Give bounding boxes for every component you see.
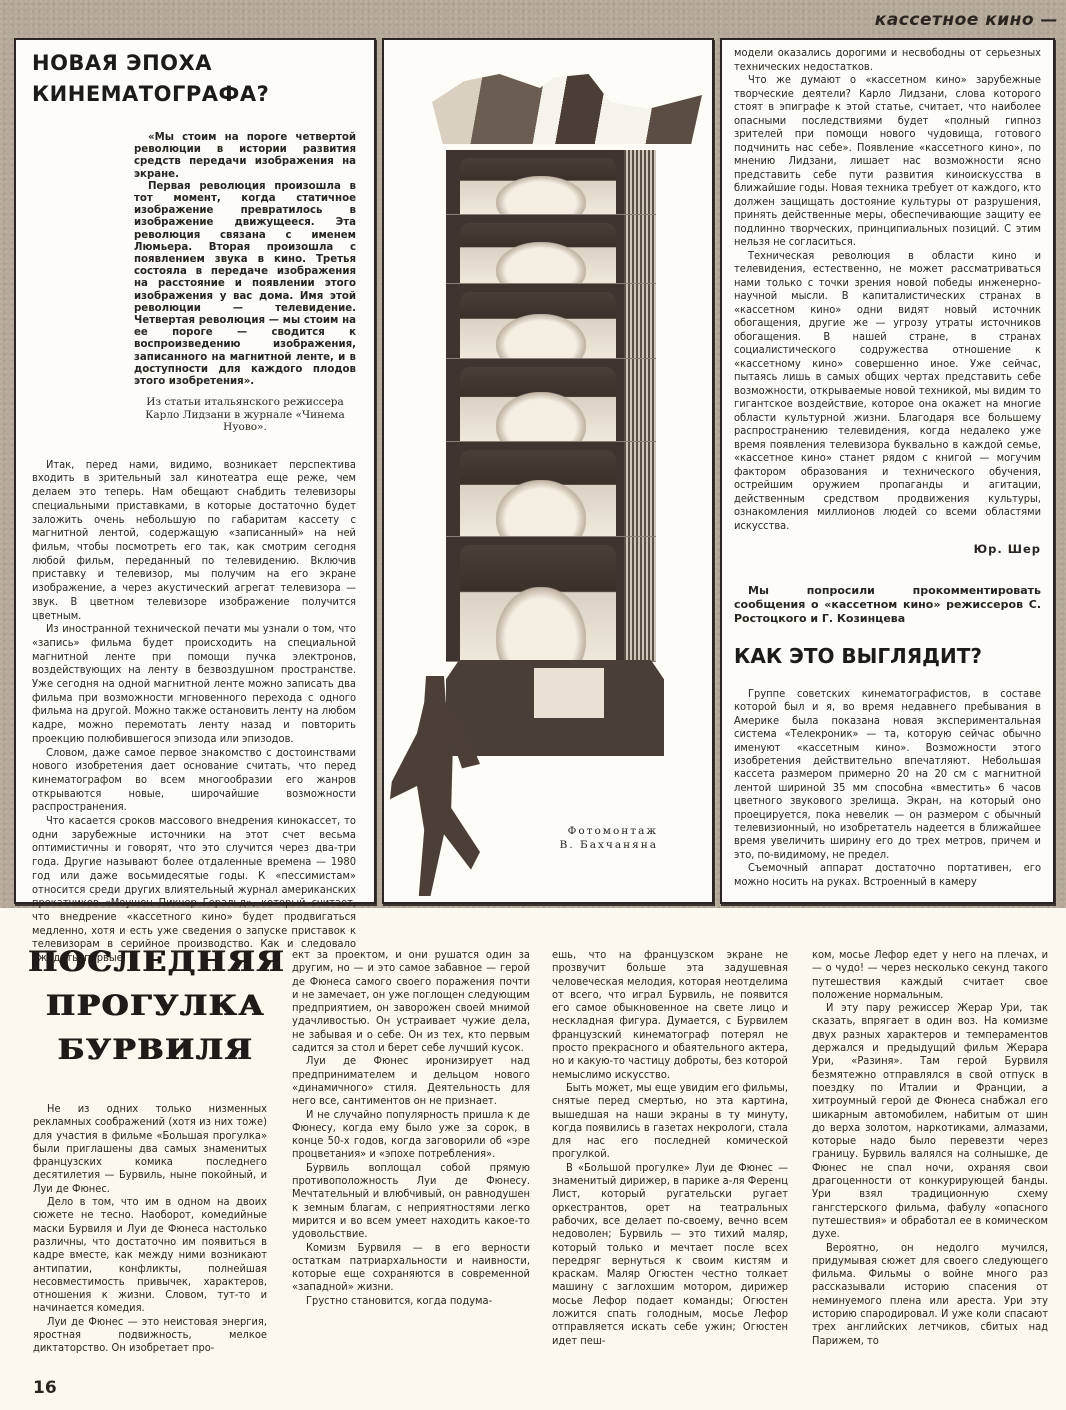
article1-title: НОВАЯ ЭПОХА КИНЕМАТОГРАФА?: [32, 48, 356, 110]
article3-column1: Не из одних только низменных рекламных с…: [33, 1102, 267, 1355]
tv-stack-1: [446, 150, 656, 215]
paragraph: Не из одних только низменных рекламных с…: [33, 1102, 267, 1195]
paragraph: Грустно становится, когда подума-: [292, 1294, 530, 1307]
tv-stack-2: [446, 215, 656, 284]
article1-right-body: модели оказались дорогими и несвободны о…: [734, 46, 1041, 532]
paragraph: Быть может, мы еще увидим его фильмы, сн…: [552, 1081, 788, 1161]
article3-column4: ком, мосье Лефор едет у него на плечах, …: [812, 948, 1048, 1347]
article3-title: ПОСЛЕДНЯЯ ПРОГУЛКА БУРВИЛЯ: [38, 940, 274, 1072]
article2-lead: Мы попросили прокомментировать сообщения…: [734, 584, 1041, 626]
epigraph-text: «Мы стоим на пороге четвертой революции …: [134, 132, 356, 388]
epigraph-paragraph: «Мы стоим на пороге четвертой революции …: [134, 132, 356, 181]
article1-title-line1: НОВАЯ ЭПОХА: [32, 51, 212, 75]
article3-title-line3: БУРВИЛЯ: [29, 1028, 284, 1072]
caption-line2: В. Бахчаняна: [560, 838, 658, 852]
page-number: 16: [33, 1378, 57, 1398]
article3-title-line2: ПРОГУЛКА: [29, 984, 284, 1028]
paragraph: модели оказались дорогими и несвободны о…: [734, 46, 1041, 73]
article2-body: Группе советских кинематографистов, в со…: [734, 687, 1041, 888]
tv-stack-5: [446, 442, 656, 537]
paragraph: ешь, что на французском экране не прозву…: [552, 948, 788, 1081]
article3-title-line1: ПОСЛЕДНЯЯ: [29, 940, 284, 984]
photomontage-box: Фотомонтаж В. Бахчаняна: [382, 38, 714, 904]
paragraph: Съемочный аппарат достаточно портативен,…: [734, 861, 1041, 888]
paragraph: Вероятно, он недолго мучился, придумывая…: [812, 1241, 1048, 1347]
paragraph: Итак, перед нами, видимо, возникает перс…: [32, 458, 356, 622]
paragraph: Дело в том, что им в одном на двоих сюже…: [33, 1195, 267, 1315]
article3-column3: ешь, что на французском экране не прозву…: [552, 948, 788, 1347]
section-tag: кассетное кино —: [875, 10, 1058, 30]
paragraph: Из иностранной технической печати мы узн…: [32, 622, 356, 745]
article1-right-box: модели оказались дорогими и несвободны о…: [720, 38, 1055, 904]
paragraph: Техническая революция в области кино и т…: [734, 249, 1041, 533]
paragraph: Луи де Фюнес — это неистовая энергия, яр…: [33, 1315, 267, 1355]
tv-stack-4: [446, 359, 656, 442]
paragraph: Бурвиль воплощал собой прямую противопол…: [292, 1161, 530, 1241]
epigraph: «Мы стоим на пороге четвертой революции …: [134, 132, 356, 434]
article3-column2: ект за проектом, и они рушатся один за д…: [292, 948, 530, 1307]
paragraph: ком, мосье Лефор едет у него на плечах, …: [812, 948, 1048, 1001]
photo-caption: Фотомонтаж В. Бахчаняна: [560, 824, 658, 852]
paragraph: И эту пару режиссер Жерар Ури, так сказа…: [812, 1001, 1048, 1240]
reclining-man-figure: [432, 74, 702, 144]
paragraph: Луи де Фюнес иронизирует над предпринима…: [292, 1054, 530, 1107]
tv-stack-3: [446, 284, 656, 359]
article1-title-line2: КИНЕМАТОГРАФА?: [32, 82, 269, 106]
author-signature: Юр. Шер: [734, 542, 1041, 556]
paragraph: В «Большой прогулке» Луи де Фюнес — знам…: [552, 1161, 788, 1347]
paragraph: Комизм Бурвиля — в его верности остаткам…: [292, 1241, 530, 1294]
photomontage-image: Фотомонтаж В. Бахчаняна: [384, 40, 712, 902]
article1-left-body: Итак, перед нами, видимо, возникает перс…: [32, 458, 356, 965]
paragraph: Группе советских кинематографистов, в со…: [734, 687, 1041, 861]
paragraph: Словом, даже самое первое знакомство с д…: [32, 746, 356, 815]
epigraph-paragraph: Первая революция произошла в тот момент,…: [134, 181, 356, 388]
epigraph-source: Из статьи итальянского режиссера Карло Л…: [134, 396, 356, 434]
article2-title: КАК ЭТО ВЫГЛЯДИТ?: [734, 644, 1041, 669]
cassette-player-deck: [534, 668, 604, 718]
tv-stack-6: [446, 537, 656, 662]
paragraph: И не случайно популярность пришла к де Ф…: [292, 1108, 530, 1161]
paragraph: ект за проектом, и они рушатся один за д…: [292, 948, 530, 1054]
paragraph: Что же думают о «кассетном кино» зарубеж…: [734, 73, 1041, 249]
caption-line1: Фотомонтаж: [560, 824, 658, 838]
article1-left-box: НОВАЯ ЭПОХА КИНЕМАТОГРАФА? «Мы стоим на …: [14, 38, 376, 904]
